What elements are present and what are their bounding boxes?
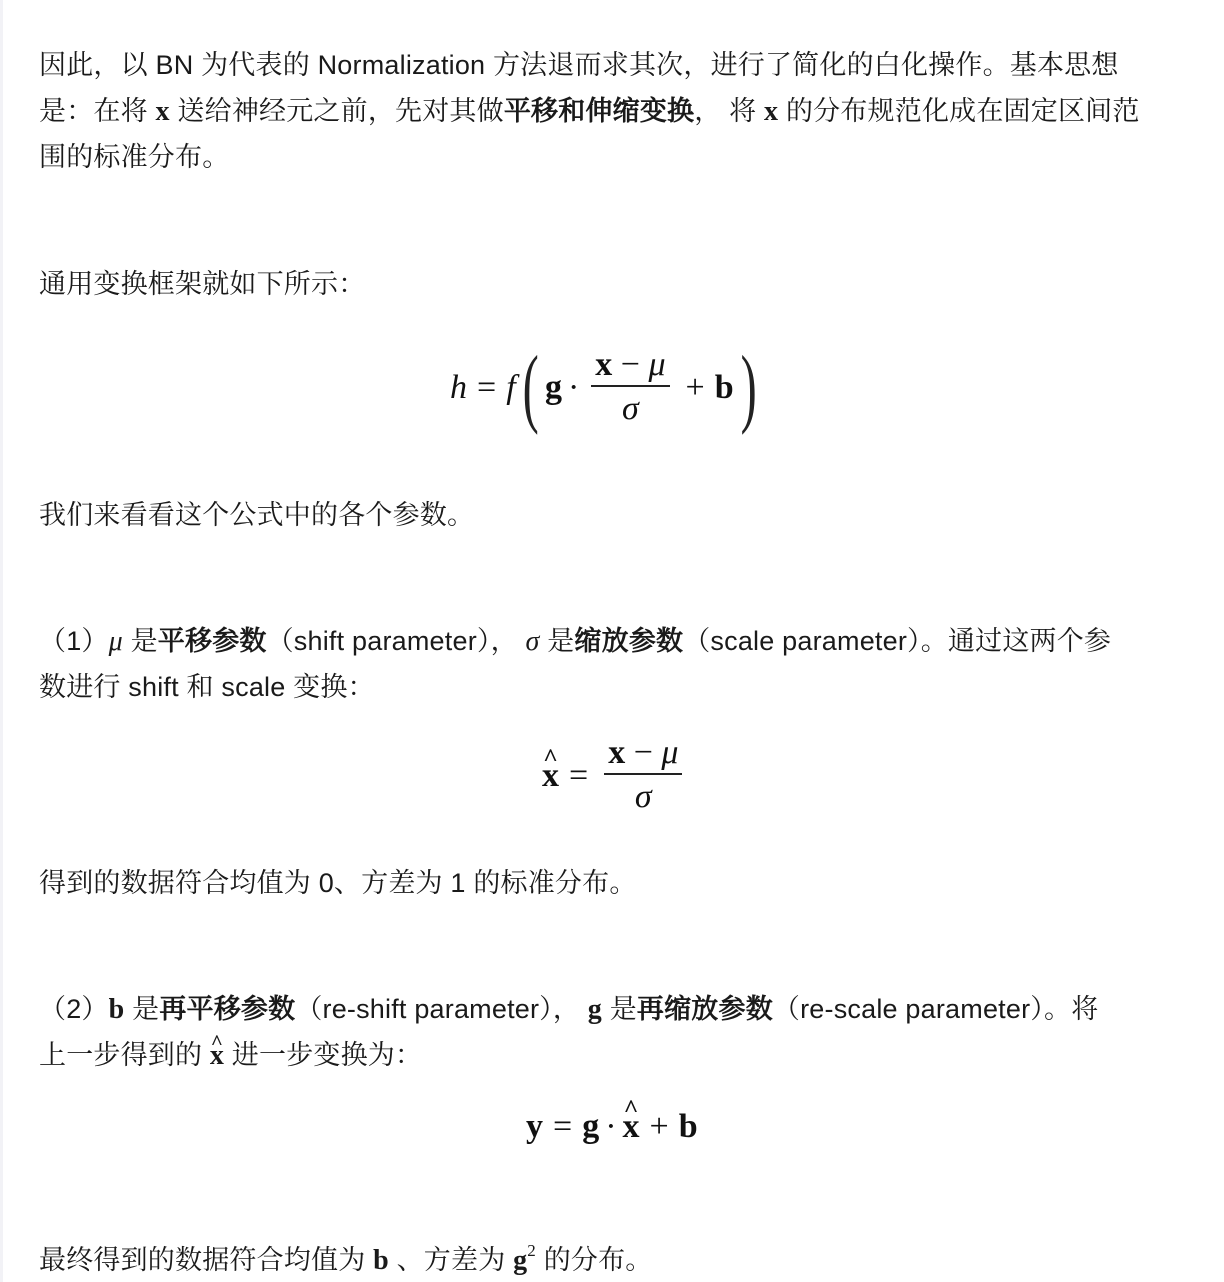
intro-line-1: 因此，以 BN 为代表的 Normalization 方法退而求其次，进行了简化…: [39, 42, 1224, 88]
math-b: b: [715, 369, 734, 407]
math-b: b: [679, 1108, 698, 1146]
right-paren: ): [740, 344, 756, 432]
math-g: g: [513, 1245, 527, 1276]
math-plus: +: [686, 369, 705, 407]
text: 最终得到的数据符合均值为: [39, 1245, 373, 1275]
math-exponent: 2: [527, 1241, 536, 1260]
math-dot: ·: [568, 369, 579, 407]
paragraph-shift-scale: （1）μ 是平移参数（shift parameter）， σ 是缩放参数（sca…: [39, 618, 1224, 710]
numerator: x − μ: [591, 345, 669, 385]
text: （re-scale parameter）。将: [773, 994, 1099, 1024]
final-dist-line: 最终得到的数据符合均值为 b 、方差为 g2 的分布。: [39, 1228, 1224, 1274]
bold-term-rescale-param: 再缩放参数: [637, 994, 773, 1024]
math-x-hat: x: [623, 1108, 640, 1146]
text: （re-shift parameter），: [295, 994, 587, 1024]
denominator: σ: [635, 775, 652, 819]
shift-scale-line-2: 数进行 shift 和 scale 变换：: [39, 664, 1224, 710]
bold-term-scale-param: 缩放参数: [574, 626, 683, 656]
text: 进一步变换为：: [224, 1040, 422, 1070]
left-margin-strip: [0, 0, 3, 1282]
fraction: x − μ σ: [604, 733, 682, 819]
item-number: （2）: [39, 994, 109, 1024]
math-x: x: [156, 96, 170, 127]
intro-line-3: 围的标准分布。: [39, 134, 1224, 180]
fraction: x − μ σ: [591, 345, 669, 431]
paragraph-final-dist: 最终得到的数据符合均值为 b 、方差为 g2 的分布。: [39, 1228, 1224, 1274]
math-sigma: σ: [526, 626, 540, 657]
math-g: g: [582, 1108, 599, 1146]
bold-term-reshift-param: 再平移参数: [159, 994, 295, 1024]
text: 是: [123, 626, 158, 656]
paragraph-standard-dist: 得到的数据符合均值为 0、方差为 1 的标准分布。: [39, 860, 1224, 906]
equation-normalize: x = x − μ σ: [542, 733, 688, 819]
text: 送给神经元之前，先对其做: [170, 96, 504, 126]
math-mu: μ: [109, 626, 123, 657]
math-b: b: [373, 1245, 389, 1276]
text: 的分布。: [536, 1245, 653, 1275]
math-mu: μ: [661, 734, 678, 771]
math-g: g: [545, 369, 562, 407]
text: 上一步得到的: [39, 1040, 210, 1070]
bold-term-shift-scale: 平移和伸缩变换: [504, 96, 694, 126]
math-h: h: [450, 369, 467, 407]
text: 、方差为: [389, 1245, 513, 1275]
math-x: x: [595, 346, 612, 383]
math-equals: =: [553, 1108, 572, 1146]
equation-general-transform: h = f ( g · x − μ σ + b ): [450, 344, 763, 432]
math-x: x: [764, 96, 778, 127]
math-x-hat: x: [210, 1033, 224, 1079]
math-equals: =: [569, 757, 588, 795]
math-dot: ·: [605, 1108, 616, 1146]
math-equals: =: [477, 369, 496, 407]
paragraph-params-intro: 我们来看看这个公式中的各个参数。: [39, 492, 1224, 538]
text: ， 将: [694, 96, 764, 126]
text: 是: [540, 626, 575, 656]
text: （scale parameter）。通过这两个参: [683, 626, 1111, 656]
text: 的分布规范化成在固定区间范: [778, 96, 1139, 126]
left-paren: (: [522, 344, 538, 432]
text: 是: [602, 994, 637, 1024]
math-b: b: [109, 994, 125, 1025]
equation-rescale: y = g · x + b: [526, 1108, 698, 1146]
item-number: （1）: [39, 626, 109, 656]
paragraph-reshift-rescale: （2）b 是再平移参数（re-shift parameter）， g 是再缩放参…: [39, 986, 1224, 1078]
math-mu: μ: [648, 346, 665, 383]
math-plus: +: [650, 1108, 669, 1146]
text: 是: [124, 994, 159, 1024]
math-y: y: [526, 1108, 543, 1146]
math-x-hat: x: [542, 757, 559, 795]
math-g: g: [588, 994, 602, 1025]
math-f: f: [506, 369, 515, 407]
intro-line-2: 是：在将 x 送给神经元之前，先对其做平移和伸缩变换， 将 x 的分布规范化成在…: [39, 88, 1224, 134]
math-minus: −: [621, 346, 640, 383]
text: （shift parameter），: [267, 626, 526, 656]
math-minus: −: [634, 734, 653, 771]
numerator: x − μ: [604, 733, 682, 773]
paragraph-framework: 通用变换框架就如下所示：: [39, 261, 1224, 307]
framework-text: 通用变换框架就如下所示：: [39, 261, 1224, 307]
denominator: σ: [622, 387, 639, 431]
params-intro-text: 我们来看看这个公式中的各个参数。: [39, 492, 1224, 538]
bold-term-shift-param: 平移参数: [158, 626, 267, 656]
paragraph-intro: 因此，以 BN 为代表的 Normalization 方法退而求其次，进行了简化…: [39, 42, 1224, 180]
text: 是：在将: [39, 96, 156, 126]
standard-dist-text: 得到的数据符合均值为 0、方差为 1 的标准分布。: [39, 860, 1224, 906]
shift-scale-line-1: （1）μ 是平移参数（shift parameter）， σ 是缩放参数（sca…: [39, 618, 1224, 664]
reshift-line-2: 上一步得到的 x 进一步变换为：: [39, 1032, 1224, 1078]
math-x: x: [608, 734, 625, 771]
